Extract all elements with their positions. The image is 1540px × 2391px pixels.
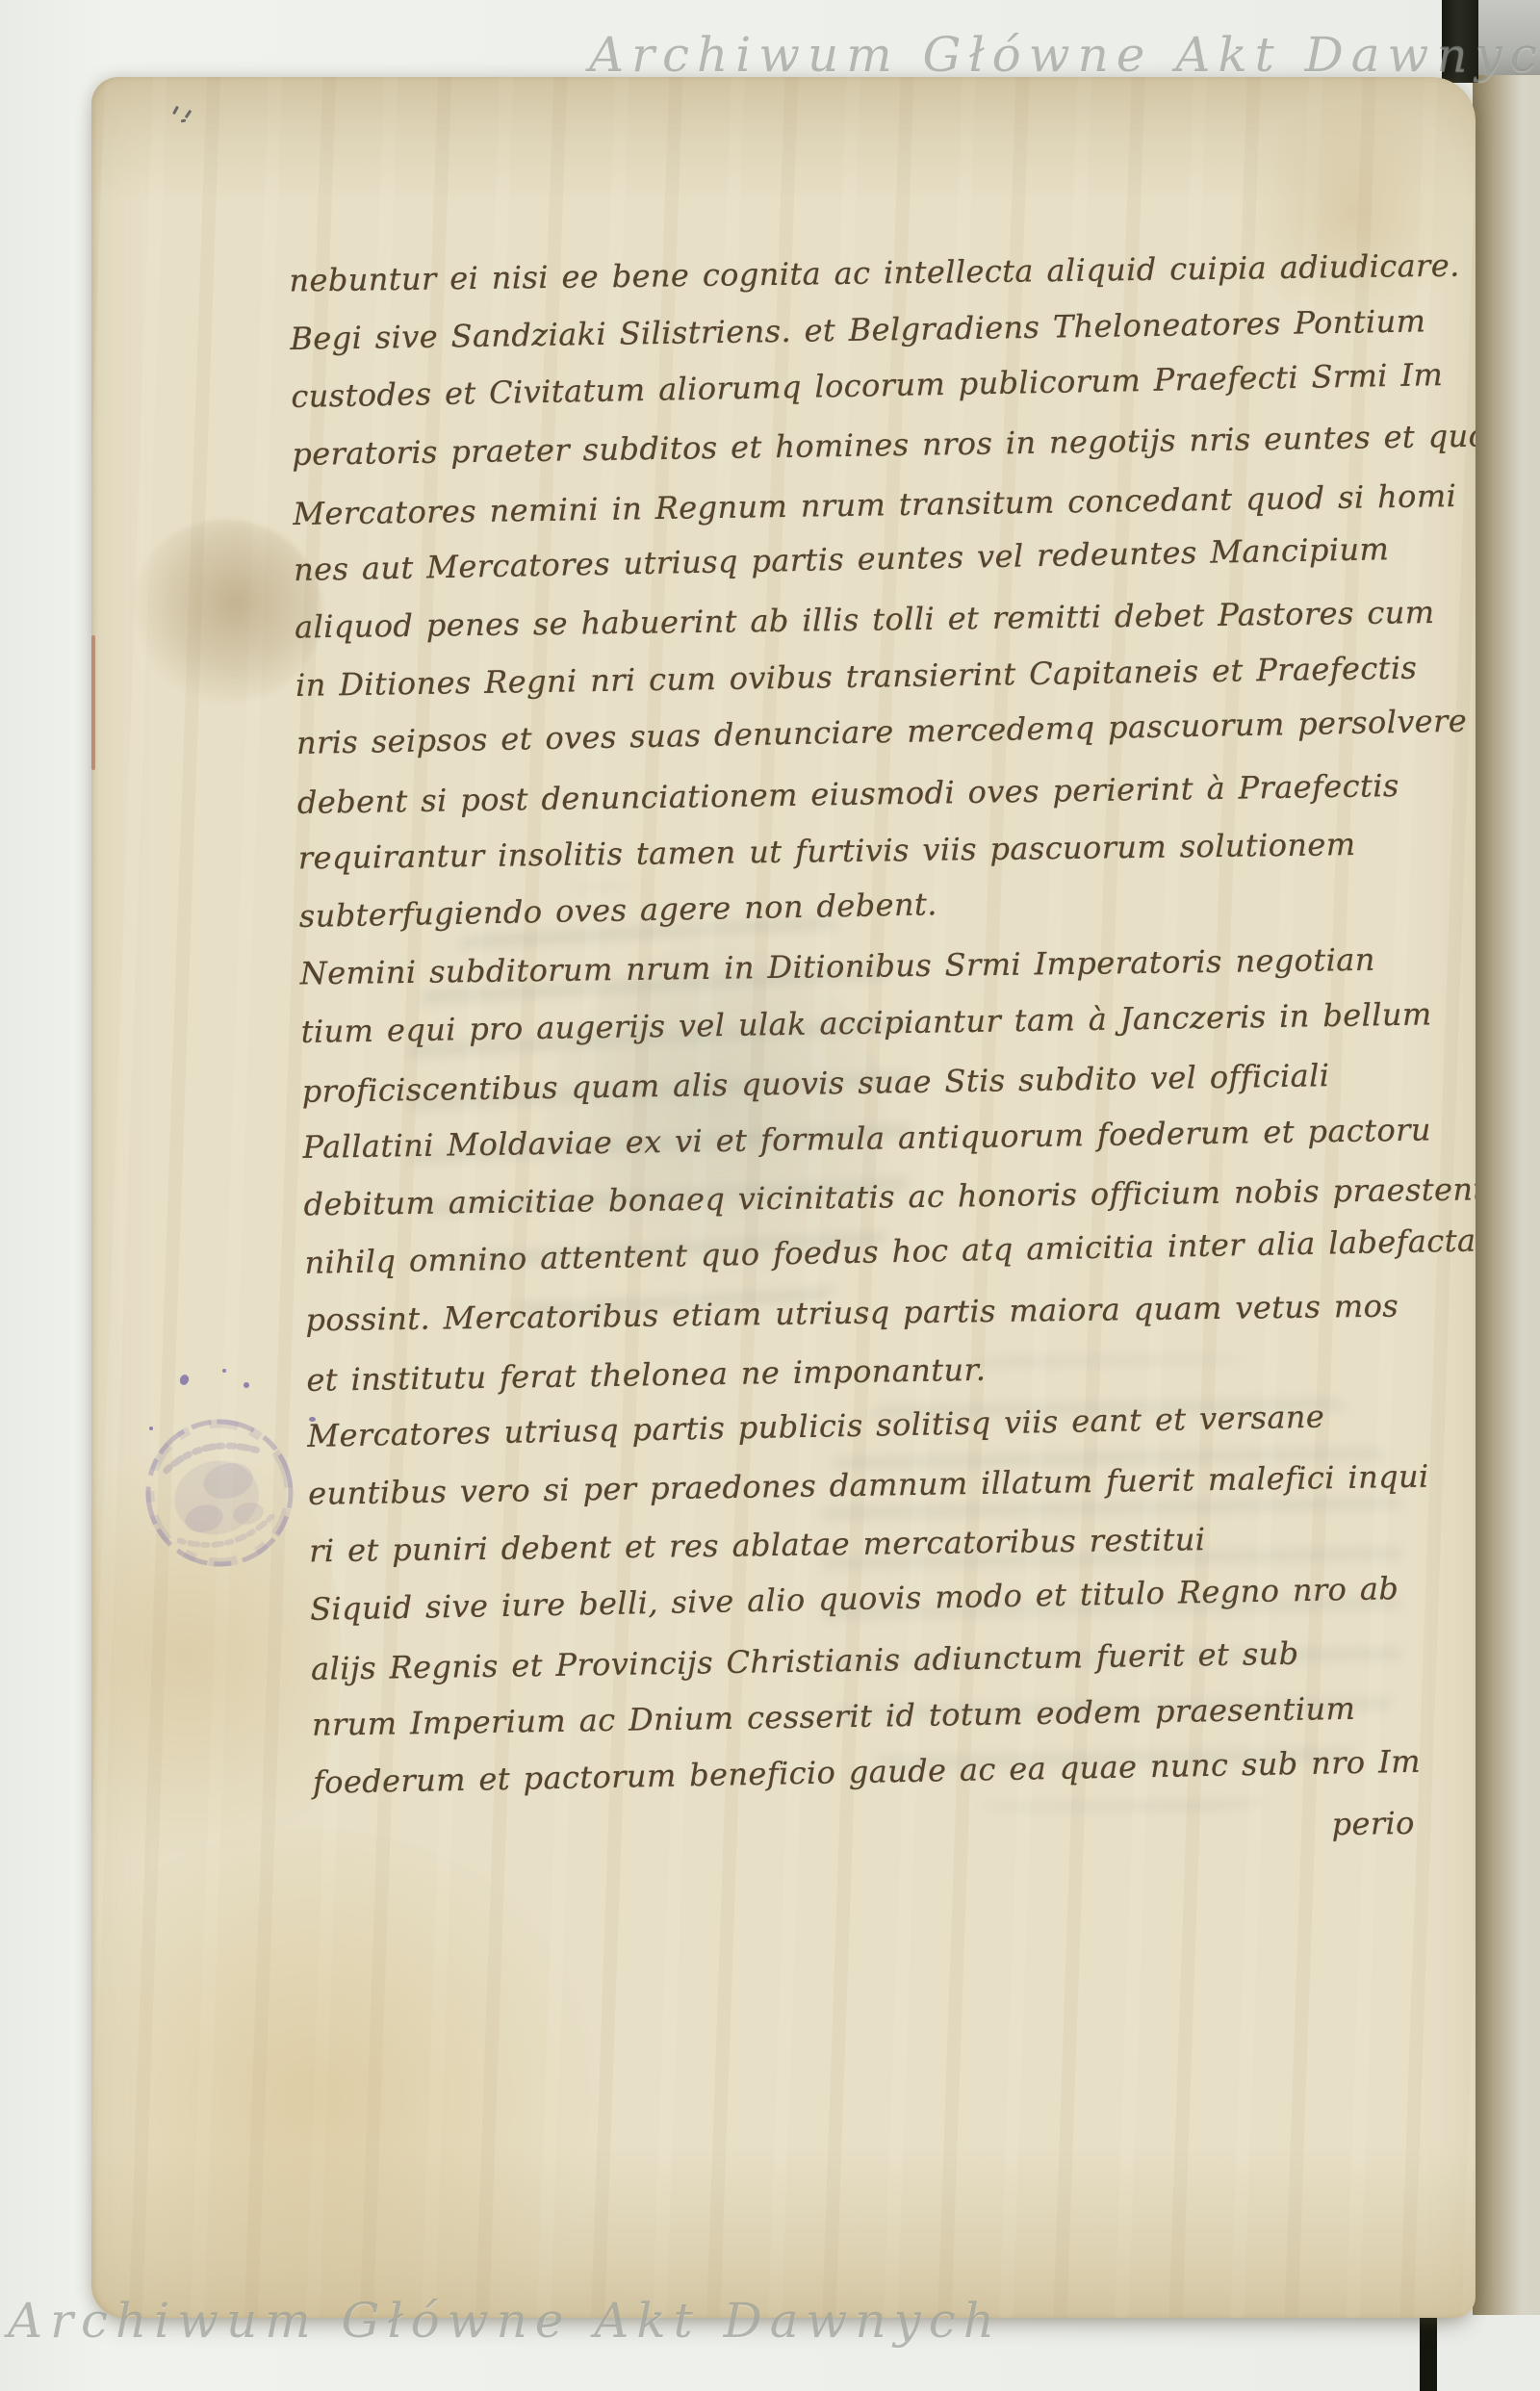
ink-speck xyxy=(244,1382,249,1388)
archive-watermark-bottom: Archiwum Główne Akt Dawnych xyxy=(8,2293,1002,2349)
archive-round-ink-stamp-icon xyxy=(135,1408,304,1578)
stain-bottom-edge xyxy=(91,2145,1476,2318)
handwritten-text-block: nebuntur ei nisi ee bene cognita ac inte… xyxy=(289,235,1421,1869)
archive-watermark-top: Archiwum Główne Akt Dawnych xyxy=(589,27,1540,83)
ink-speck xyxy=(222,1369,226,1373)
underlying-page-edge xyxy=(1473,67,1540,2315)
binding-ribbon-bottom xyxy=(1420,2312,1437,2391)
stain-top-edge xyxy=(91,77,1476,202)
ink-speck xyxy=(149,1427,153,1430)
red-edge-mark xyxy=(91,635,95,770)
manuscript-page: nebuntur ei nisi ee bene cognita ac inte… xyxy=(91,77,1476,2318)
archive-scan: nebuntur ei nisi ee bene cognita ac inte… xyxy=(0,0,1540,2391)
